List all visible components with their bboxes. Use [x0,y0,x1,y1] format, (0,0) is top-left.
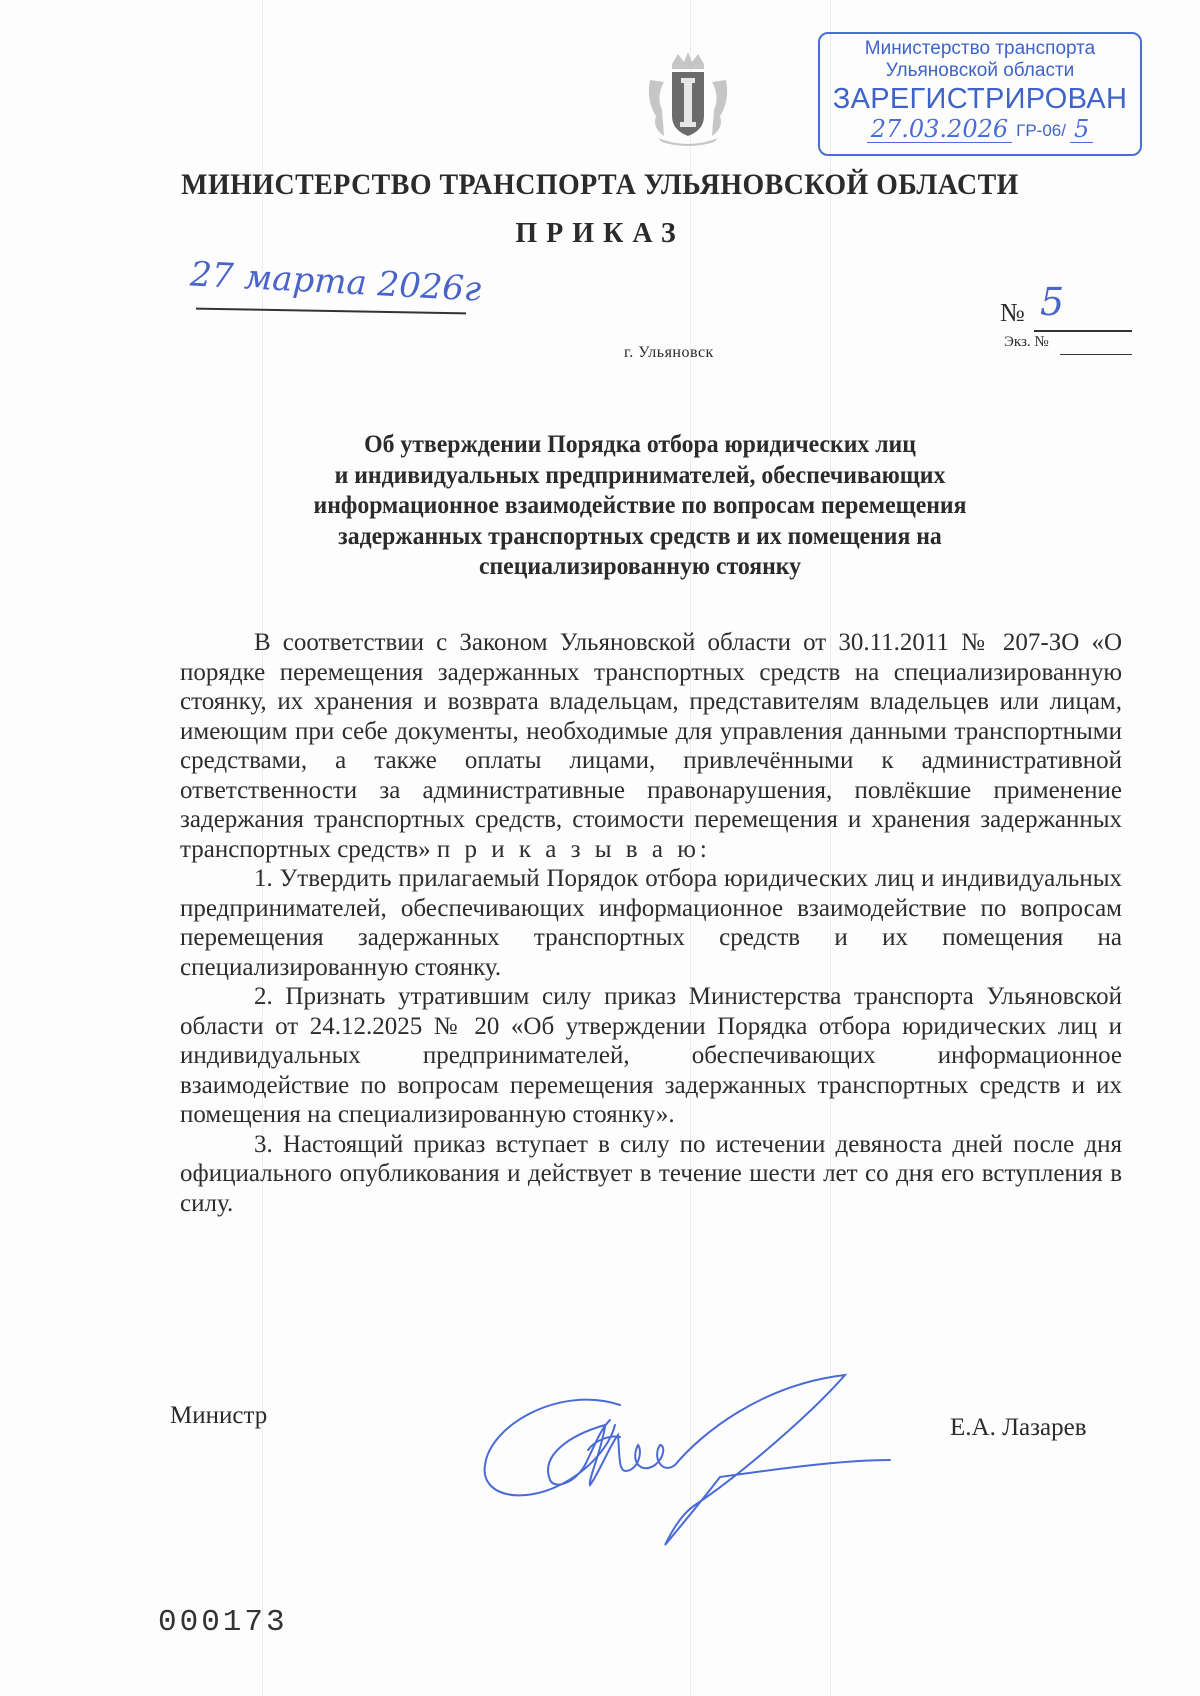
signer-name: Е.А. Лазарев [950,1414,1087,1442]
city: г. Ульяновск [624,344,714,362]
stamp-line-1: Министерство транспорта [820,38,1140,60]
copy-number-underline [1060,354,1132,355]
title-line: Об утверждении Порядка отбора юридически… [270,430,1011,461]
stamp-status: ЗАРЕГИСТРИРОВАН [820,82,1140,116]
document-type: ПРИКАЗ [0,218,1200,250]
stamp-date: 27.03.2026 [867,116,1012,143]
title-line: и индивидуальных предпринимателей, обесп… [270,461,1011,492]
ministry-heading: МИНИСТЕРСТВО ТРАНСПОРТА УЛЬЯНОВСКОЙ ОБЛА… [42,168,1158,202]
order-title: Об утверждении Порядка отбора юридически… [270,430,1011,583]
order-item-2: 2. Признать утратившим силу приказ Минис… [180,982,1122,1130]
date-underline [196,308,466,314]
handwritten-signature-icon [470,1365,910,1555]
title-line: задержанных транспортных средств и их по… [270,522,1011,553]
preamble-text: В соответствии с Законом Ульяновской обл… [180,629,1122,863]
order-item-3: 3. Настоящий приказ вступает в силу по и… [180,1130,1122,1219]
order-word: п р и к а з ы в а ю: [437,836,711,863]
title-line: информационное взаимодействие по вопроса… [270,491,1011,522]
signer-position: Министр [170,1402,267,1430]
stamp-reg-number: 5 [1070,116,1093,143]
serial-number: 000173 [158,1605,288,1640]
order-item-1: 1. Утвердить прилагаемый Порядок отбора … [180,864,1122,982]
number-label: № [1000,298,1025,328]
title-line: специализированную стоянку [270,552,1011,583]
stamp-line-2: Ульяновской области [820,60,1140,82]
handwritten-number: 5 [1040,280,1064,324]
order-body: В соответствии с Законом Ульяновской обл… [180,628,1122,1218]
handwritten-date: 27 марта 2026г [189,254,482,309]
preamble-paragraph: В соответствии с Законом Ульяновской обл… [180,628,1122,864]
registration-stamp: Министерство транспорта Ульяновской обла… [818,32,1142,156]
copy-number-label: Экз. № [1004,334,1049,351]
coat-of-arms-icon [642,50,734,150]
stamp-reg-prefix: ГР-06/ [1016,119,1066,143]
number-underline [1034,330,1132,332]
